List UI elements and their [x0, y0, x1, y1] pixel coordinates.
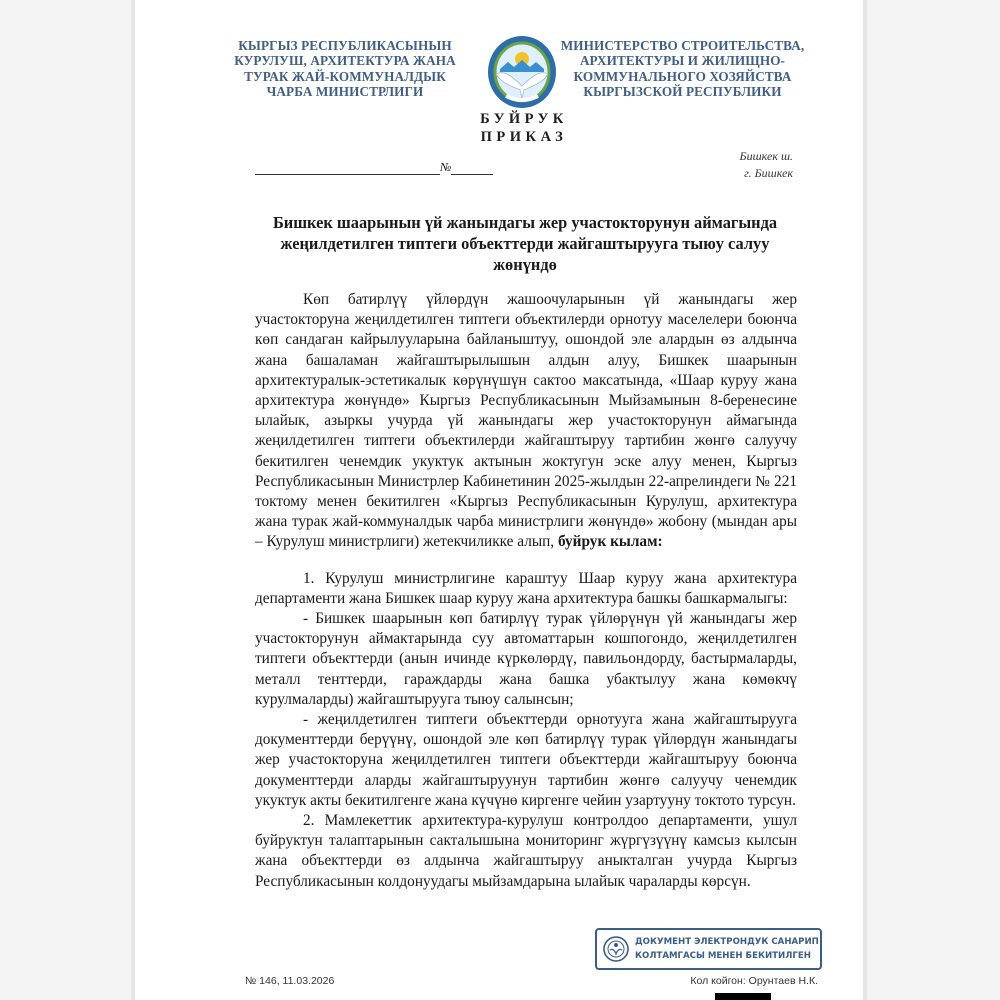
kyrgyz-coat-of-arms-icon	[603, 936, 629, 962]
city-location: Бишкек ш. г. Бишкек	[673, 148, 793, 182]
number-sign: №	[440, 160, 451, 175]
stamp-line-2: КОЛТАМГАСЫ МЕНЕН БЕКИТИЛГЕН	[635, 949, 819, 963]
item-1-sub-1: - Бишкек шаарынын көп батирлүү турак үйл…	[255, 609, 797, 710]
item-1-sub-2: - жеңилдетилген типтеги объекттерди орно…	[255, 710, 797, 811]
stamp-text: ДОКУМЕНТ ЭЛЕКТРОНДУК САНАРИП КОЛТАМГАСЫ …	[635, 935, 819, 963]
title-line: жеңилдетилген типтеги объекттерди жайгаш…	[245, 233, 805, 254]
preamble-paragraph: Көп батирлүү үйлөрдүн жашоочуларынын үй …	[255, 290, 797, 553]
document-title: Бишкек шаарынын үй жанындагы жер участок…	[245, 212, 805, 275]
kyrgyz-coat-of-arms-icon	[486, 34, 558, 110]
document-body: Көп батирлүү үйлөрдүн жашоочуларынын үй …	[255, 290, 797, 892]
stamp-line-1: ДОКУМЕНТ ЭЛЕКТРОНДУК САНАРИП	[635, 935, 819, 949]
item-2: 2. Мамлекеттик архитектура-курулуш контр…	[255, 811, 797, 892]
kyrgyz-ministry-name: КЫРГЫЗ РЕСПУБЛИКАСЫНЫН КУРУЛУШ, АРХИТЕКТ…	[220, 38, 470, 100]
kg-header-line: ЧАРБА МИНИСТРЛИГИ	[220, 84, 470, 99]
signed-by: Кол койгон: Орунтаев Н.К.	[678, 975, 818, 987]
ru-header-line: КОММУНАЛЬНОГО ХОЗЯЙСТВА	[555, 69, 810, 84]
russian-ministry-name: МИНИСТЕРСТВО СТРОИТЕЛЬСТВА, АРХИТЕКТУРЫ …	[555, 38, 810, 100]
redaction-bar	[715, 993, 771, 1000]
title-line: жөнүндө	[245, 254, 805, 275]
digital-signature-stamp: ДОКУМЕНТ ЭЛЕКТРОНДУК САНАРИП КОЛТАМГАСЫ …	[595, 928, 822, 970]
ru-header-line: КЫРГЫЗСКОЙ РЕСПУБЛИКИ	[555, 84, 810, 99]
preamble-text: Көп батирлүү үйлөрдүн жашоочуларынын үй …	[255, 291, 797, 550]
date-blank	[255, 160, 440, 175]
order-title-ru: ПРИКАЗ	[455, 128, 593, 147]
ru-header-line: АРХИТЕКТУРЫ И ЖИЛИЩНО-	[555, 53, 810, 68]
city-kg: Бишкек ш.	[673, 148, 793, 165]
document-page: КЫРГЫЗ РЕСПУБЛИКАСЫНЫН КУРУЛУШ, АРХИТЕКТ…	[135, 0, 863, 1000]
number-blank	[451, 160, 493, 175]
order-phrase: буйрук кылам:	[558, 533, 663, 550]
order-title-kg: БУЙРУК	[455, 110, 593, 129]
registration-number: № 146, 11.03.2026	[245, 975, 334, 987]
order-date-number-line: №	[255, 160, 493, 175]
page-border-right	[863, 0, 867, 1000]
kg-header-line: КЫРГЫЗ РЕСПУБЛИКАСЫНЫН	[220, 38, 470, 53]
kg-header-line: КУРУЛУШ, АРХИТЕКТУРА ЖАНА	[220, 53, 470, 68]
ru-header-line: МИНИСТЕРСТВО СТРОИТЕЛЬСТВА,	[555, 38, 810, 53]
title-line: Бишкек шаарынын үй жанындагы жер участок…	[245, 212, 805, 233]
left-margin-strip	[0, 0, 132, 1000]
item-1: 1. Курулуш министрлигине караштуу Шаар к…	[255, 569, 797, 609]
kg-header-line: ТУРАК ЖАЙ-КОММУНАЛДЫК	[220, 69, 470, 84]
city-ru: г. Бишкек	[673, 165, 793, 182]
right-margin-strip	[866, 0, 1000, 1000]
